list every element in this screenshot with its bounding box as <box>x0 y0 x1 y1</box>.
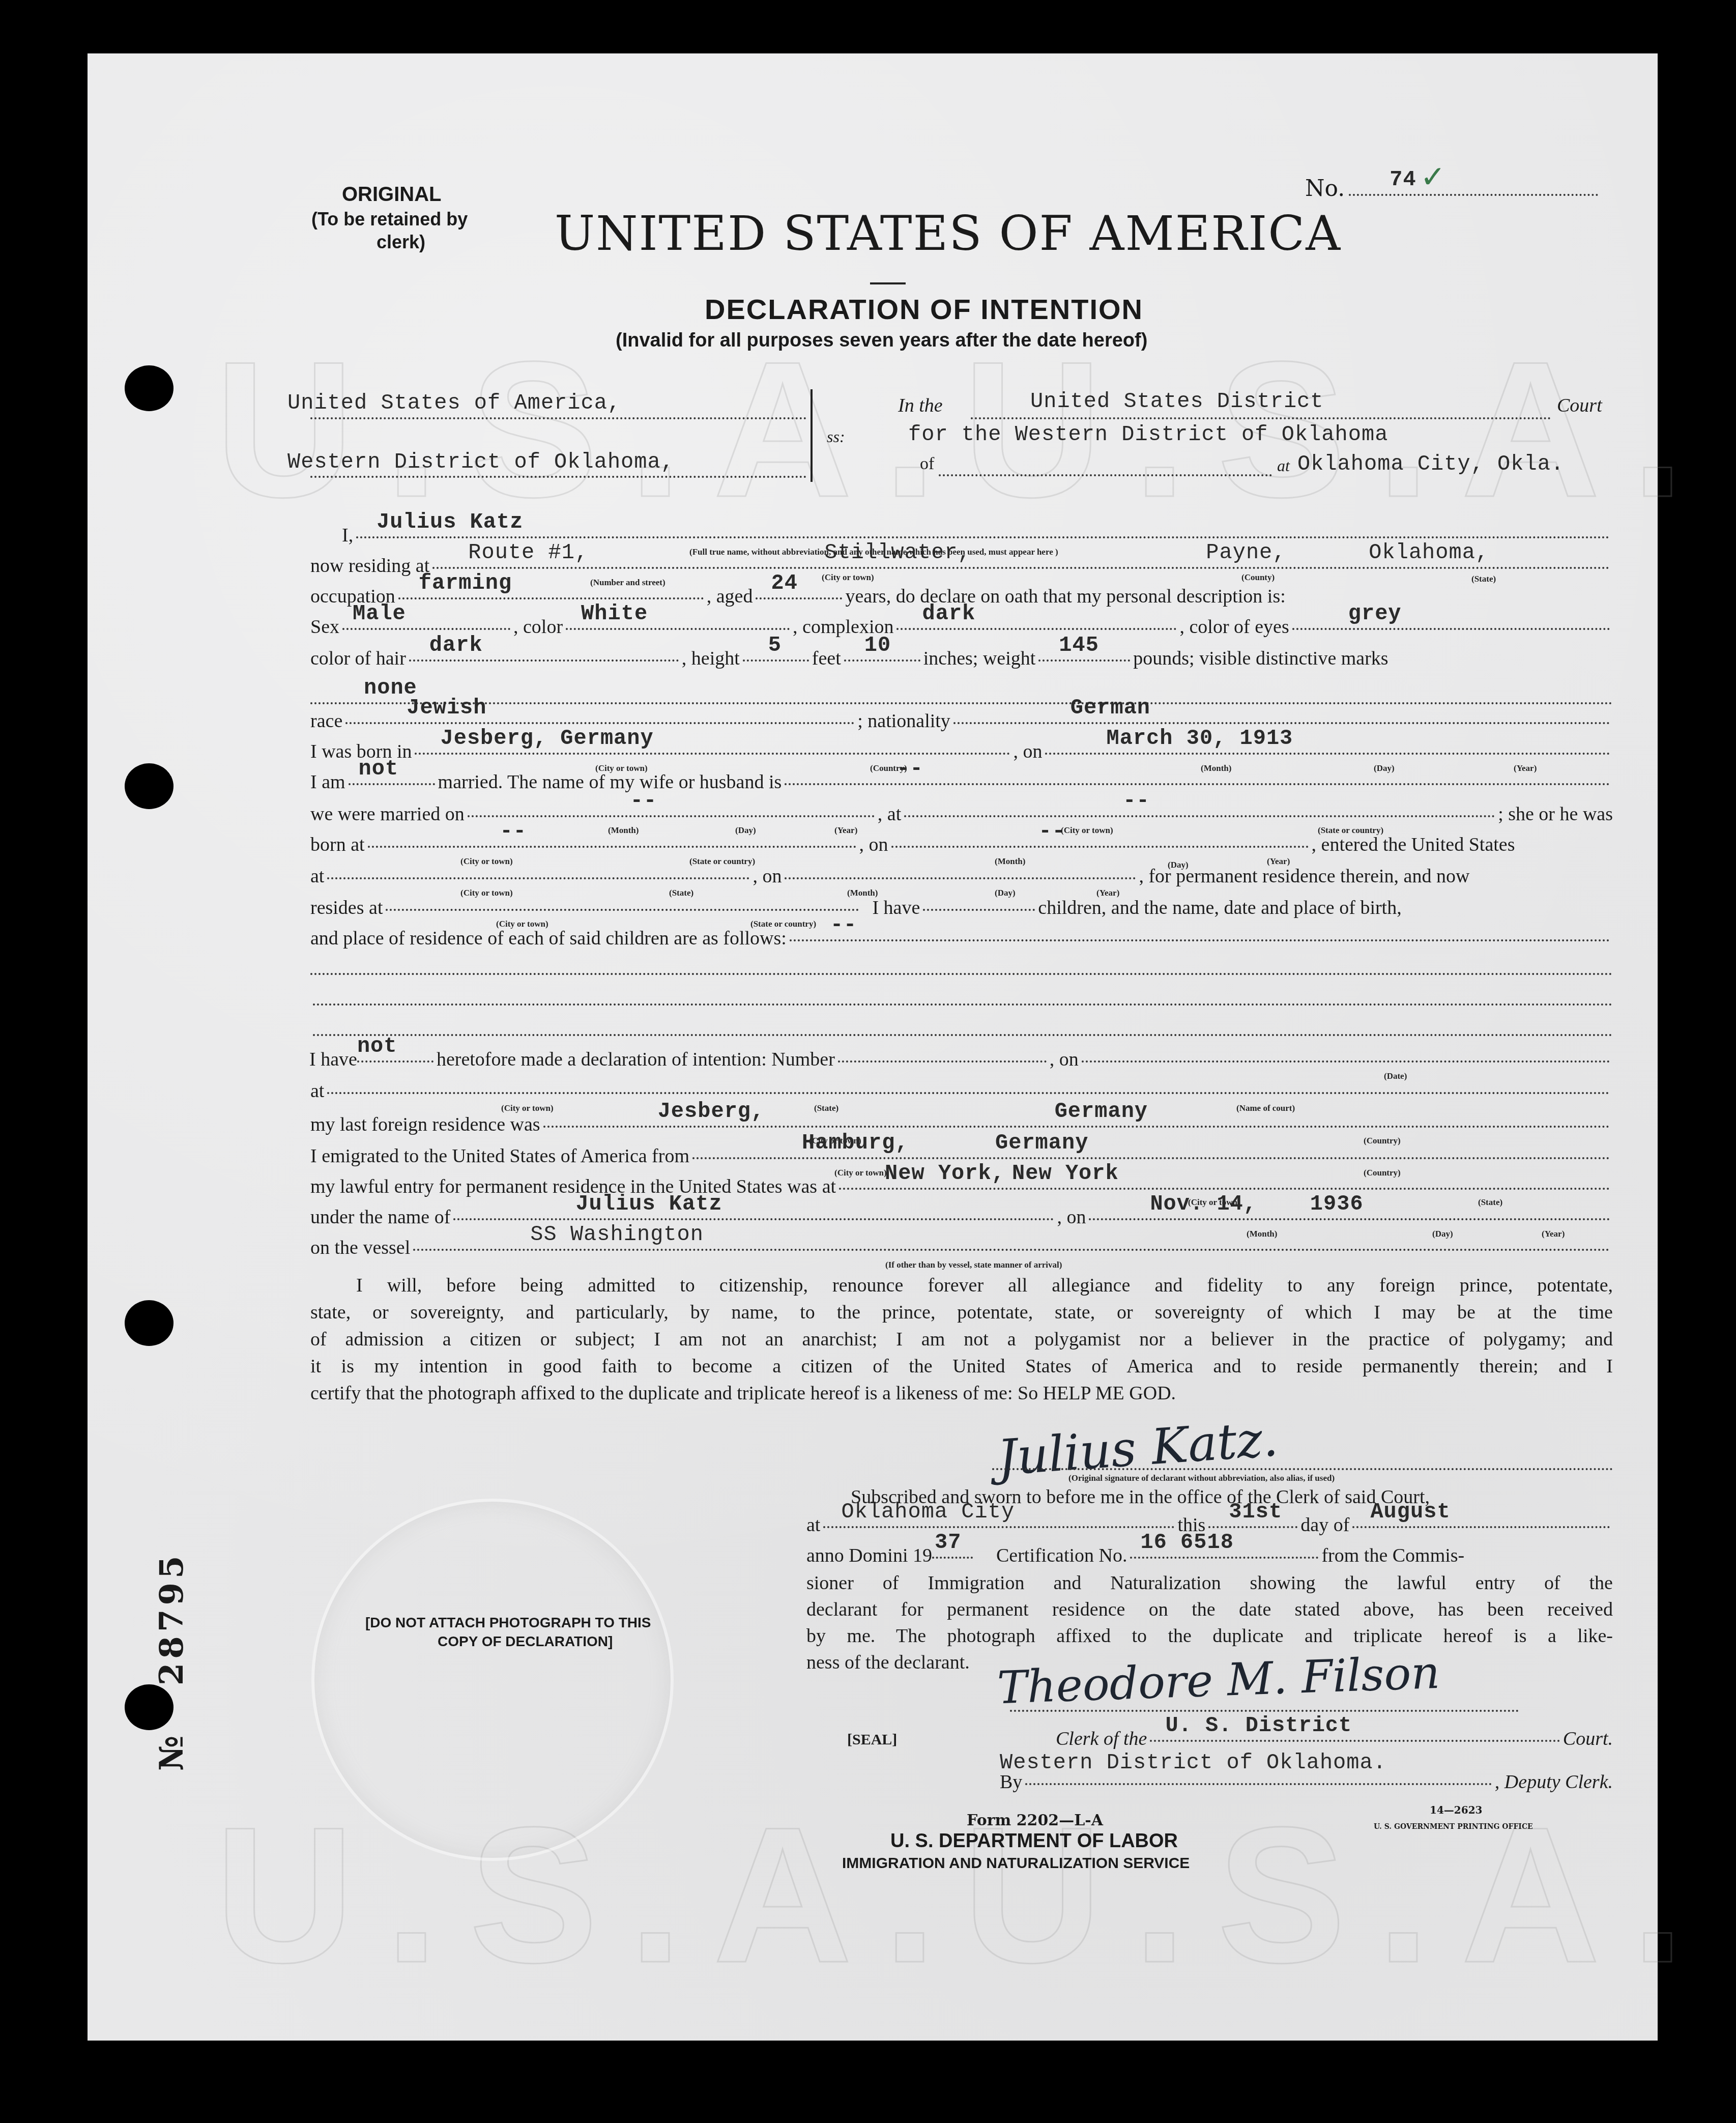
age-line: 24 <box>756 597 842 599</box>
birthdate-value: March 30, 1913 <box>1106 726 1293 751</box>
jurat-at-label: at <box>806 1514 820 1536</box>
eyes-label: , color of eyes <box>1179 616 1289 638</box>
nationality-line: German <box>953 722 1610 724</box>
punch-hole <box>125 365 173 411</box>
i-label: I, <box>342 524 353 547</box>
cap-prior-city: (City or town) <box>501 1103 554 1113</box>
feet-label: feet <box>812 647 841 670</box>
retained-note-1: (To be retained by <box>311 209 468 230</box>
row-under-name: under the name of Julius Katz , on Nov. … <box>310 1206 1613 1228</box>
row-prior-declaration: I have not heretofore made a declaration… <box>309 1048 1613 1071</box>
original-label: ORIGINAL <box>342 183 442 206</box>
row-entry-at: at , on , for permanent residence therei… <box>310 865 1613 887</box>
entry-on-line <box>785 877 1136 879</box>
married-text: married. The name of my wife or husband … <box>438 771 782 793</box>
prior-at-line <box>327 1092 1610 1094</box>
eyes-line: grey <box>1292 628 1610 630</box>
resides-line <box>386 909 859 911</box>
invalid-note: (Invalid for all purposes seven years af… <box>616 330 1147 352</box>
age-value: 24 <box>771 571 797 595</box>
department: U. S. DEPARTMENT OF LABOR <box>890 1830 1178 1852</box>
declarant-name: Julius Katz <box>377 510 523 534</box>
hair-value: dark <box>429 633 483 657</box>
document-subtitle: DECLARATION OF INTENTION <box>705 293 1143 326</box>
hair-label: color of hair <box>310 647 406 670</box>
venue-left-2-line <box>310 476 806 478</box>
spouse-born-at-line: -- <box>368 846 856 848</box>
children-extra-line-3 <box>313 1034 1613 1036</box>
last-residence-line: Jesberg, Germany <box>543 1126 1610 1128</box>
title-rule <box>870 282 906 284</box>
signature-line <box>992 1468 1613 1470</box>
oath-line-4: it is my intention in good faith to beco… <box>310 1353 1613 1380</box>
spouse-born-on-line: -- <box>891 846 1309 848</box>
vessel-value: SS Washington <box>530 1222 704 1247</box>
last-residence-city: Jesberg, <box>658 1099 765 1124</box>
children-extra-line-2 <box>313 1003 1613 1006</box>
row-spouse-born: born at -- , on -- , entered the United … <box>310 834 1613 856</box>
married-on-value: -- <box>630 789 657 813</box>
venue-ss: ss: <box>827 427 845 446</box>
spouse-name: -- <box>896 757 923 781</box>
weight-value: 145 <box>1059 633 1099 657</box>
weight-line: 145 <box>1038 659 1130 662</box>
row-hair: color of hair dark , height 5 feet 10 in… <box>310 647 1613 670</box>
cert-number: 16 6518 <box>1140 1530 1233 1555</box>
resides-label: resides at <box>310 897 383 919</box>
row-sex: Sex Male , color White , complexion dark… <box>310 616 1613 638</box>
sex-label: Sex <box>310 616 339 638</box>
last-residence-label: my last foreign residence was <box>310 1113 540 1136</box>
vessel-caption: (If other than by vessel, state manner o… <box>885 1260 1062 1270</box>
permanent-label: , for permanent residence therein, and n… <box>1139 865 1469 887</box>
court-of-line <box>939 474 1272 476</box>
cert-label: Certification No. <box>996 1544 1127 1567</box>
by-label: By <box>1000 1771 1022 1793</box>
deputy-line <box>1025 1783 1491 1785</box>
under-name-label: under the name of <box>310 1206 450 1228</box>
emigrated-city: Hamburg, <box>802 1131 909 1155</box>
caption-county: (County) <box>1241 572 1275 583</box>
color-line: White <box>566 628 790 630</box>
married-at-value: -- <box>1123 789 1149 813</box>
row-clerk-of: Clerk of the U. S. District Court. <box>1056 1728 1613 1750</box>
race-line: Jewish <box>345 722 854 724</box>
venue-left-1-line <box>310 417 806 419</box>
day-of-label: day of <box>1300 1514 1349 1536</box>
entry-date: Nov. 14, 1936 <box>1150 1192 1363 1216</box>
children-value: -- <box>830 913 857 937</box>
court-label: Court <box>1557 394 1602 417</box>
entry-city: New York, <box>885 1161 1005 1186</box>
color-value: White <box>581 601 648 626</box>
prior-at-label: at <box>310 1080 324 1102</box>
spouse-born-at-label: born at <box>310 834 365 856</box>
document-title: UNITED STATES OF AMERICA <box>555 206 1341 262</box>
married-status-line: not <box>349 783 435 785</box>
of-label: of <box>920 454 934 474</box>
race-value: Jewish <box>407 696 486 720</box>
serial-digits: 28795 <box>153 1552 191 1686</box>
retained-note-2: clerk) <box>377 232 425 253</box>
entry-label: my lawful entry for permanent residence … <box>310 1175 836 1198</box>
caption-city: (City or town) <box>822 572 874 583</box>
photo-note-2: COPY OF DECLARATION] <box>438 1633 613 1650</box>
jurat-day: 31st <box>1229 1500 1282 1524</box>
height-label: , height <box>682 647 740 670</box>
jurat-line-1: sioner of Immigration and Naturalization… <box>806 1570 1613 1596</box>
aged-label: , aged <box>707 585 753 608</box>
feet-line: 5 <box>743 659 809 662</box>
jurat-day-line: 31st <box>1208 1526 1297 1528</box>
color-label: , color <box>513 616 563 638</box>
vessel-line: SS Washington <box>413 1249 1610 1251</box>
clerk-court-line: U. S. District <box>1150 1740 1559 1742</box>
row-lawful-entry: my lawful entry for permanent residence … <box>310 1175 1613 1198</box>
residence-line: Route #1, Stillwater, Payne, Oklahoma, <box>432 567 1610 569</box>
occupation-line: farming <box>398 597 704 599</box>
complexion-line: dark <box>896 628 1176 630</box>
clerk-court-label: Court. <box>1563 1728 1613 1750</box>
venue-brace <box>811 389 813 482</box>
spouse-line: -- <box>785 783 1610 785</box>
clerk-signature-line <box>1010 1710 1519 1712</box>
residence-state: Oklahoma, <box>1369 540 1489 565</box>
inches-label: inches; weight <box>923 647 1036 670</box>
entered-label: , entered the United States <box>1312 834 1515 856</box>
residence-county: Payne, <box>1206 540 1286 565</box>
married-status: not <box>359 757 399 781</box>
married-at-line: -- <box>904 815 1495 817</box>
marks-label: pounds; visible distinctive marks <box>1133 647 1388 670</box>
nationality-label: ; nationality <box>857 710 950 732</box>
emigrated-country: Germany <box>995 1131 1088 1155</box>
jurat-month: August <box>1370 1500 1450 1524</box>
in-the-label: In the <box>898 394 943 417</box>
children-residence-label: and place of residence of each of said c… <box>310 927 787 950</box>
cert-number-line: 16 6518 <box>1130 1557 1318 1559</box>
entry-state: New York <box>1012 1161 1119 1186</box>
jurat-place-line: Oklahoma City <box>823 1526 1174 1528</box>
court-line-2: for the Western District of Oklahoma <box>908 422 1388 447</box>
photo-note-1: [DO NOT ATTACH PHOTOGRAPH TO THIS <box>365 1615 651 1631</box>
row-born: I was born in Jesberg, Germany , on Marc… <box>310 740 1613 763</box>
inches-line: 10 <box>844 659 920 662</box>
under-name-value: Julius Katz <box>575 1192 722 1216</box>
jurat-place: Oklahoma City <box>841 1500 1015 1524</box>
oath-line-5: certify that the photograph affixed to t… <box>310 1380 1613 1407</box>
residence-city: Stillwater, <box>824 540 971 565</box>
entry-on-label: , on <box>753 865 782 887</box>
spouse-born-on-label: , on <box>859 834 888 856</box>
married-on-label: we were married on <box>310 803 465 825</box>
entry-on-label-2: , on <box>1057 1206 1086 1228</box>
marks-line <box>310 702 1613 704</box>
oath-paragraph: I will, before being admitted to citizen… <box>310 1272 1613 1407</box>
signature-caption: (Original signature of declarant without… <box>1068 1473 1335 1483</box>
birthplace-value: Jesberg, Germany <box>440 726 653 751</box>
year-suffix: 37 <box>935 1530 961 1555</box>
race-label: race <box>310 710 342 732</box>
entry-date-line: Nov. 14, 1936 <box>1089 1218 1610 1220</box>
from-label: from the Commis- <box>1321 1544 1464 1567</box>
entry-at-line <box>327 877 749 879</box>
court-at-label: at <box>1277 456 1290 475</box>
embossed-seal <box>311 1499 674 1861</box>
children-extra-line-1 <box>310 973 1613 975</box>
row-last-residence: my last foreign residence was Jesberg, G… <box>310 1113 1613 1136</box>
residing-label: now residing at <box>310 555 429 577</box>
residence-street: Route #1, <box>468 540 588 565</box>
oath-line-3: of admission a citizen or subject; I am … <box>310 1326 1613 1353</box>
last-residence-country: Germany <box>1055 1099 1148 1124</box>
spouse-born-on-value: -- <box>1039 819 1065 844</box>
nationality-value: German <box>1070 696 1150 720</box>
children-text: children, and the name, date and place o… <box>1038 897 1401 919</box>
venue-left-1: United States of America, <box>287 391 621 415</box>
number-field: No. 74 ✓ <box>1305 176 1598 202</box>
cap-prior-state: (State) <box>814 1103 838 1113</box>
hair-line: dark <box>409 659 679 662</box>
emigrated-line: Hamburg, Germany <box>692 1157 1610 1159</box>
spouse-born-at-value: -- <box>500 819 527 844</box>
check-mark-icon: ✓ <box>1420 159 1445 195</box>
sex-line: Male <box>342 628 510 630</box>
married-on-line: -- <box>468 815 875 817</box>
sex-value: Male <box>353 601 406 626</box>
court-name: United States District <box>1030 389 1324 414</box>
prior-status: not <box>357 1034 397 1058</box>
prior-on-label: , on <box>1050 1048 1079 1071</box>
row-children: and place of residence of each of said c… <box>310 927 1613 950</box>
year-suffix-line: 37 <box>932 1557 973 1559</box>
deputy-label: , Deputy Clerk. <box>1495 1771 1613 1793</box>
born-on-label: , on <box>1013 740 1042 763</box>
jurat-month-line: August <box>1352 1526 1610 1528</box>
jurat-line-2: declarant for permanent residence on the… <box>806 1596 1613 1623</box>
name-line: Julius Katz <box>356 536 1610 538</box>
oath-line-1: I will, before being admitted to citizen… <box>310 1272 1613 1299</box>
prior-status-line: not <box>357 1060 433 1063</box>
row-deputy: By , Deputy Clerk. <box>1000 1771 1613 1793</box>
cap-last-country: (Country) <box>1364 1136 1401 1146</box>
height-feet: 5 <box>768 633 782 657</box>
printer: U. S. GOVERNMENT PRINTING OFFICE <box>1374 1823 1533 1831</box>
entry-at-label: at <box>310 865 324 887</box>
caption-state: (State) <box>1471 574 1496 584</box>
under-name-line: Julius Katz <box>453 1218 1054 1220</box>
jurat-line-3: by me. The photograph affixed to the dup… <box>806 1623 1613 1649</box>
vessel-label: on the vessel <box>310 1237 410 1259</box>
occupation-value: farming <box>419 571 512 595</box>
row-vessel: on the vessel SS Washington <box>310 1237 1613 1259</box>
oath-line-2: state, or sovereignty, and particularly,… <box>310 1299 1613 1326</box>
prior-i-have-label: I have <box>309 1048 357 1071</box>
clerk-court: U. S. District <box>1165 1713 1352 1738</box>
birthdate-line: March 30, 1913 <box>1045 753 1610 755</box>
court-name-line <box>971 417 1551 419</box>
number-value: 74 <box>1390 167 1416 192</box>
clerk-of-label: Clerk of the <box>1056 1728 1147 1750</box>
prior-number-line <box>838 1060 1047 1063</box>
row-anno: anno Domini 19 37 Certification No. 16 6… <box>806 1544 1613 1567</box>
seal-label: [SEAL] <box>847 1731 897 1748</box>
prior-text: heretofore made a declaration of intenti… <box>437 1048 835 1071</box>
prior-date-line <box>1082 1060 1610 1063</box>
i-am-label: I am <box>310 771 345 793</box>
children-i-have-label: I have <box>872 897 920 919</box>
serial-number: № 28795 <box>153 1552 191 1771</box>
eyes-value: grey <box>1348 601 1402 626</box>
entry-line: New York, New York <box>839 1188 1610 1190</box>
married-at-label: , at <box>878 803 901 825</box>
form-number: Form 2202—L-A <box>967 1812 1103 1829</box>
venue-left-2: Western District of Oklahoma, <box>287 450 674 474</box>
height-inches: 10 <box>864 633 891 657</box>
print-code: 14—2623 <box>1430 1804 1483 1816</box>
court-location: Oklahoma City, Okla. <box>1297 452 1564 476</box>
row-prior-at: at <box>310 1080 1613 1102</box>
row-married: I am not married. The name of my wife or… <box>310 771 1613 793</box>
children-line: -- <box>790 939 1610 941</box>
she-he-label: ; she or he was <box>1498 803 1613 825</box>
service: IMMIGRATION AND NATURALIZATION SERVICE <box>842 1855 1190 1872</box>
serial-prefix: № <box>153 1731 191 1771</box>
row-resides: resides at I have children, and the name… <box>310 897 1613 919</box>
declare-text: years, do declare on oath that my person… <box>845 585 1285 608</box>
complexion-value: dark <box>922 601 975 626</box>
cap-prior-court: (Name of court) <box>1236 1103 1295 1113</box>
children-count-line <box>923 909 1035 911</box>
number-label: No. <box>1305 176 1345 202</box>
number-line: 74 ✓ <box>1349 194 1598 196</box>
anno-label: anno Domini 19 <box>806 1544 932 1567</box>
emigrated-label: I emigrated to the United States of Amer… <box>310 1145 689 1167</box>
punch-hole <box>125 1300 173 1346</box>
punch-hole <box>125 763 173 809</box>
birthplace-line: Jesberg, Germany <box>415 753 1010 755</box>
